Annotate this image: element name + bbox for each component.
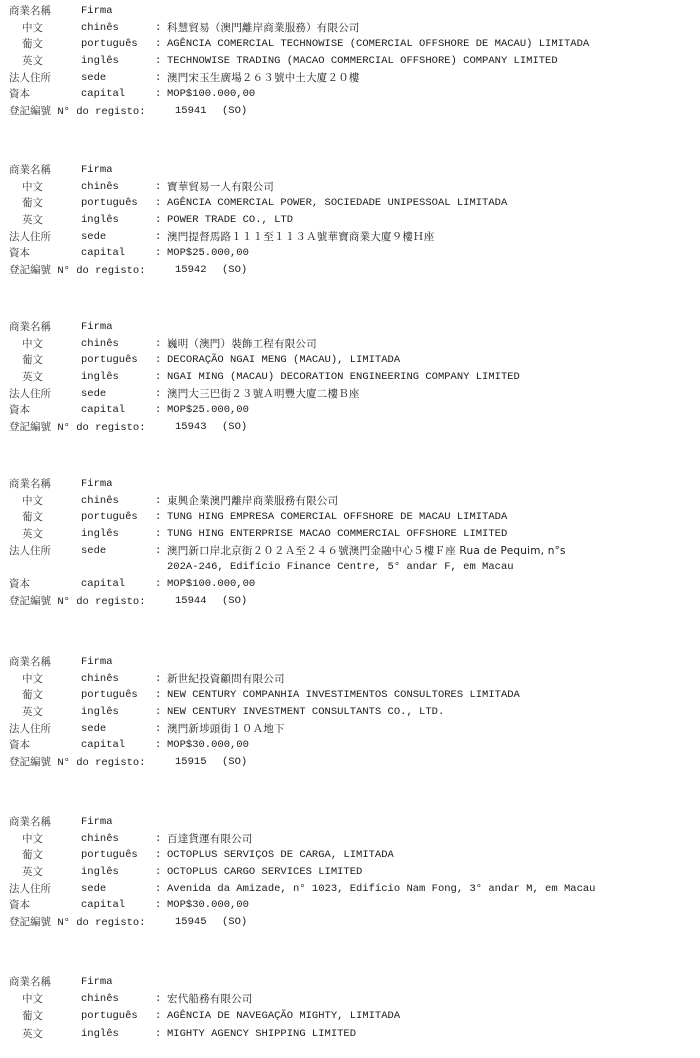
- chines-row: 中文 chinês : 新世紀投資顧問有限公司: [0, 671, 700, 688]
- firma-label-zh: 商業名稱: [9, 654, 51, 671]
- registo-number: 15944: [175, 593, 207, 610]
- sede-label-pt: sede: [81, 386, 106, 403]
- chines-row: 中文 chinês : 寶華貿易一人有限公司: [0, 179, 700, 196]
- portugues-label-pt: português: [81, 36, 138, 53]
- firma-row: 商業名稱 Firma: [0, 319, 700, 336]
- registo-suffix: (SO): [222, 914, 247, 931]
- company-record: 商業名稱 Firma 中文 chinês : 巍明（澳門）裝飾工程有限公司 葡文…: [0, 319, 700, 436]
- portuguese-name: AGÊNCIA COMERCIAL POWER, SOCIEDADE UNIPE…: [167, 195, 507, 212]
- capital-label-pt: capital: [81, 402, 125, 419]
- firma-label-pt: Firma: [81, 476, 113, 493]
- sede-label-zh: 法人住所: [9, 881, 51, 898]
- ingles-label-pt: inglês: [81, 212, 119, 229]
- sede-label-pt: sede: [81, 543, 106, 560]
- ingles-label-zh: 英文: [22, 704, 43, 721]
- registo-label: 登記編號 N° do registo:: [9, 754, 146, 772]
- sede-address: 澳門新口岸北京街２０２Ａ至２４６號澳門金融中心５樓Ｆ座 Rua de Pequi…: [167, 543, 566, 560]
- chines-row: 中文 chinês : 宏代船務有限公司: [0, 991, 700, 1008]
- ingles-row: 英文 inglês : TECHNOWISE TRADING (MACAO CO…: [0, 53, 700, 70]
- english-name: NGAI MING (MACAU) DECORATION ENGINEERING…: [167, 369, 520, 386]
- firma-row: 商業名稱 Firma: [0, 476, 700, 493]
- chines-label-zh: 中文: [22, 493, 43, 510]
- colon: :: [155, 687, 161, 704]
- chines-label-zh: 中文: [22, 991, 43, 1008]
- ingles-row: 英文 inglês : NGAI MING (MACAU) DECORATION…: [0, 369, 700, 386]
- portuguese-name: NEW CENTURY COMPANHIA INVESTIMENTOS CONS…: [167, 687, 520, 704]
- registo-number: 15941: [175, 103, 207, 120]
- colon: :: [155, 704, 161, 721]
- capital-label-zh: 資本: [9, 576, 30, 593]
- chinese-name: 巍明（澳門）裝飾工程有限公司: [167, 336, 317, 353]
- firma-label-zh: 商業名稱: [9, 476, 51, 493]
- registo-row: 登記編號 N° do registo: 15943 (SO): [0, 419, 700, 436]
- colon: :: [155, 509, 161, 526]
- sede-label-zh: 法人住所: [9, 386, 51, 403]
- ingles-row: 英文 inglês : MIGHTY AGENCY SHIPPING LIMIT…: [0, 1026, 700, 1043]
- colon: :: [155, 70, 161, 87]
- capital-row: 資本 capital : MOP$30.000,00: [0, 897, 700, 914]
- portugues-label-pt: português: [81, 195, 138, 212]
- portugues-label-zh: 葡文: [22, 509, 43, 526]
- ingles-label-zh: 英文: [22, 526, 43, 543]
- portuguese-name: AGÊNCIA COMERCIAL TECHNOWISE (COMERCIAL …: [167, 36, 589, 53]
- company-record: 商業名稱 Firma 中文 chinês : 東興企業澳門離岸商業服務有限公司 …: [0, 476, 700, 610]
- colon: :: [155, 386, 161, 403]
- sede-label-zh: 法人住所: [9, 543, 51, 560]
- colon: :: [155, 352, 161, 369]
- portugues-row: 葡文 português : NEW CENTURY COMPANHIA INV…: [0, 687, 700, 704]
- ingles-label-pt: inglês: [81, 864, 119, 881]
- registo-label-zh: 登記編號: [9, 105, 51, 117]
- colon: :: [155, 721, 161, 738]
- registo-suffix: (SO): [222, 262, 247, 279]
- firma-label-pt: Firma: [81, 814, 113, 831]
- sede-row: 法人住所 sede : 澳門新口岸北京街２０２Ａ至２４６號澳門金融中心５樓Ｆ座 …: [0, 543, 700, 560]
- ingles-row: 英文 inglês : POWER TRADE CO., LTD: [0, 212, 700, 229]
- company-record: 商業名稱 Firma 中文 chinês : 宏代船務有限公司 葡文 portu…: [0, 974, 700, 1043]
- portugues-label-pt: português: [81, 352, 138, 369]
- capital-label-pt: capital: [81, 737, 125, 754]
- registo-label-zh: 登記編號: [9, 595, 51, 607]
- sede-row: 法人住所 sede : 澳門提督馬路１１１至１１３Ａ號華寶商業大廈９樓Ｈ座: [0, 229, 700, 246]
- registo-number: 15945: [175, 914, 207, 931]
- firma-label-zh: 商業名稱: [9, 814, 51, 831]
- registo-label-pt: N° do registo:: [57, 917, 145, 929]
- portugues-row: 葡文 português : AGÊNCIA DE NAVEGAÇÃO MIGH…: [0, 1007, 700, 1026]
- portugues-row: 葡文 português : TUNG HING EMPRESA COMERCI…: [0, 509, 700, 526]
- colon: :: [155, 195, 161, 212]
- colon: :: [155, 369, 161, 386]
- company-record: 商業名稱 Firma 中文 chinês : 科慧貿易（澳門離岸商業服務）有限公…: [0, 3, 700, 120]
- chinese-name: 新世紀投資顧問有限公司: [167, 671, 285, 688]
- portugues-label-zh: 葡文: [22, 352, 43, 369]
- capital-label-pt: capital: [81, 86, 125, 103]
- sede-row: 法人住所 sede : 澳門大三巴街２３號Ａ明豐大廈二樓Ｂ座: [0, 386, 700, 403]
- company-record: 商業名稱 Firma 中文 chinês : 寶華貿易一人有限公司 葡文 por…: [0, 162, 700, 279]
- registo-row: 登記編號 N° do registo: 15942 (SO): [0, 262, 700, 279]
- capital-value: MOP$100.000,00: [167, 86, 255, 103]
- colon: :: [155, 881, 161, 898]
- english-name: OCTOPLUS CARGO SERVICES LIMITED: [167, 864, 362, 881]
- capital-label-zh: 資本: [9, 86, 30, 103]
- firma-label-pt: Firma: [81, 654, 113, 671]
- portuguese-name: AGÊNCIA DE NAVEGAÇÃO MIGHTY, LIMITADA: [167, 1007, 400, 1026]
- sede-row: 法人住所 sede : 澳門新埗頭街１０Ａ地下: [0, 721, 700, 738]
- ingles-label-pt: inglês: [81, 526, 119, 543]
- colon: :: [155, 831, 161, 848]
- registo-suffix: (SO): [222, 103, 247, 120]
- capital-value: MOP$30.000,00: [167, 897, 249, 914]
- colon: :: [155, 576, 161, 593]
- english-name: POWER TRADE CO., LTD: [167, 212, 293, 229]
- capital-label-pt: capital: [81, 576, 125, 593]
- chines-row: 中文 chinês : 百達貨運有限公司: [0, 831, 700, 848]
- chinese-name: 科慧貿易（澳門離岸商業服務）有限公司: [167, 20, 360, 37]
- sede-label-zh: 法人住所: [9, 70, 51, 87]
- sede-address: 澳門大三巴街２３號Ａ明豐大廈二樓Ｂ座: [167, 386, 360, 403]
- chines-label-zh: 中文: [22, 831, 43, 848]
- registo-number: 15942: [175, 262, 207, 279]
- sede-label-zh: 法人住所: [9, 721, 51, 738]
- chinese-name: 宏代船務有限公司: [167, 991, 253, 1008]
- colon: :: [155, 245, 161, 262]
- colon: :: [155, 179, 161, 196]
- colon: :: [155, 671, 161, 688]
- firma-label-pt: Firma: [81, 162, 113, 179]
- chines-row: 中文 chinês : 巍明（澳門）裝飾工程有限公司: [0, 336, 700, 353]
- sede-address: 澳門宋玉生廣場２６３號中土大廈２０樓: [167, 70, 360, 87]
- firma-label-zh: 商業名稱: [9, 3, 51, 20]
- portugues-label-zh: 葡文: [22, 1007, 43, 1026]
- portugues-label-zh: 葡文: [22, 847, 43, 864]
- registo-label-zh: 登記編號: [9, 264, 51, 276]
- ingles-row: 英文 inglês : NEW CENTURY INVESTMENT CONSU…: [0, 704, 700, 721]
- capital-value: MOP$30.000,00: [167, 737, 249, 754]
- capital-value: MOP$100.000,00: [167, 576, 255, 593]
- chines-label-zh: 中文: [22, 20, 43, 37]
- registo-label: 登記編號 N° do registo:: [9, 593, 146, 611]
- english-name: TUNG HING ENTERPRISE MACAO COMMERCIAL OF…: [167, 526, 507, 543]
- chines-label-pt: chinês: [81, 336, 119, 353]
- portugues-label-zh: 葡文: [22, 36, 43, 53]
- firma-label-zh: 商業名稱: [9, 162, 51, 179]
- registo-label: 登記編號 N° do registo:: [9, 419, 146, 437]
- chines-label-zh: 中文: [22, 336, 43, 353]
- registo-label: 登記編號 N° do registo:: [9, 103, 146, 121]
- colon: :: [155, 1007, 161, 1026]
- ingles-label-pt: inglês: [81, 369, 119, 386]
- chines-label-zh: 中文: [22, 671, 43, 688]
- colon: :: [155, 493, 161, 510]
- chines-row: 中文 chinês : 科慧貿易（澳門離岸商業服務）有限公司: [0, 20, 700, 37]
- registo-label-pt: N° do registo:: [57, 422, 145, 434]
- colon: :: [155, 336, 161, 353]
- firma-row: 商業名稱 Firma: [0, 3, 700, 20]
- colon: :: [155, 1026, 161, 1043]
- registo-label: 登記編號 N° do registo:: [9, 914, 146, 932]
- firma-row: 商業名稱 Firma: [0, 974, 700, 991]
- portugues-row: 葡文 português : OCTOPLUS SERVIÇOS DE CARG…: [0, 847, 700, 864]
- capital-label-zh: 資本: [9, 897, 30, 914]
- sede-label-zh: 法人住所: [9, 229, 51, 246]
- sede-address: Avenida da Amizade, n° 1023, Edifício Na…: [167, 881, 595, 898]
- chines-label-pt: chinês: [81, 179, 119, 196]
- sede-label-pt: sede: [81, 70, 106, 87]
- ingles-row: 英文 inglês : OCTOPLUS CARGO SERVICES LIMI…: [0, 864, 700, 881]
- colon: :: [155, 20, 161, 37]
- capital-row: 資本 capital : MOP$100.000,00: [0, 576, 700, 593]
- capital-row: 資本 capital : MOP$30.000,00: [0, 737, 700, 754]
- colon: :: [155, 991, 161, 1008]
- chines-row: 中文 chinês : 東興企業澳門離岸商業服務有限公司: [0, 493, 700, 510]
- company-record: 商業名稱 Firma 中文 chinês : 新世紀投資顧問有限公司 葡文 po…: [0, 654, 700, 771]
- registo-number: 15943: [175, 419, 207, 436]
- registo-suffix: (SO): [222, 754, 247, 771]
- ingles-label-pt: inglês: [81, 704, 119, 721]
- sede-row: 法人住所 sede : Avenida da Amizade, n° 1023,…: [0, 881, 700, 898]
- registo-row: 登記編號 N° do registo: 15941 (SO): [0, 103, 700, 120]
- portugues-label-pt: português: [81, 1007, 138, 1026]
- english-name: TECHNOWISE TRADING (MACAO COMMERCIAL OFF…: [167, 53, 558, 70]
- colon: :: [155, 526, 161, 543]
- portuguese-name: TUNG HING EMPRESA COMERCIAL OFFSHORE DE …: [167, 509, 507, 526]
- ingles-label-zh: 英文: [22, 369, 43, 386]
- chinese-name: 東興企業澳門離岸商業服務有限公司: [167, 493, 338, 510]
- english-name: MIGHTY AGENCY SHIPPING LIMITED: [167, 1026, 356, 1043]
- colon: :: [155, 229, 161, 246]
- firma-label-pt: Firma: [81, 3, 113, 20]
- chines-label-zh: 中文: [22, 179, 43, 196]
- capital-label-zh: 資本: [9, 402, 30, 419]
- colon: :: [155, 402, 161, 419]
- firma-label-pt: Firma: [81, 319, 113, 336]
- registo-label: 登記編號 N° do registo:: [9, 262, 146, 280]
- colon: :: [155, 847, 161, 864]
- colon: :: [155, 543, 161, 560]
- colon: :: [155, 897, 161, 914]
- registo-label-pt: N° do registo:: [57, 265, 145, 277]
- english-name: NEW CENTURY INVESTMENT CONSULTANTS CO., …: [167, 704, 444, 721]
- portugues-label-pt: português: [81, 687, 138, 704]
- sede-label-pt: sede: [81, 229, 106, 246]
- chinese-name: 百達貨運有限公司: [167, 831, 253, 848]
- portugues-row: 葡文 português : AGÊNCIA COMERCIAL TECHNOW…: [0, 36, 700, 53]
- colon: :: [155, 737, 161, 754]
- firma-row: 商業名稱 Firma: [0, 162, 700, 179]
- capital-row: 資本 capital : MOP$25.000,00: [0, 245, 700, 262]
- capital-row: 資本 capital : MOP$100.000,00: [0, 86, 700, 103]
- ingles-label-zh: 英文: [22, 1026, 43, 1043]
- portugues-row: 葡文 português : DECORAÇÃO NGAI MENG (MACA…: [0, 352, 700, 369]
- sede-label-pt: sede: [81, 881, 106, 898]
- sede-address: 澳門提督馬路１１１至１１３Ａ號華寶商業大廈９樓Ｈ座: [167, 229, 435, 246]
- portugues-label-pt: português: [81, 509, 138, 526]
- ingles-row: 英文 inglês : TUNG HING ENTERPRISE MACAO C…: [0, 526, 700, 543]
- chines-label-pt: chinês: [81, 831, 119, 848]
- portugues-label-zh: 葡文: [22, 195, 43, 212]
- capital-value: MOP$25.000,00: [167, 402, 249, 419]
- colon: :: [155, 86, 161, 103]
- firma-label-zh: 商業名稱: [9, 319, 51, 336]
- registo-row: 登記編號 N° do registo: 15915 (SO): [0, 754, 700, 771]
- colon: :: [155, 212, 161, 229]
- portugues-label-zh: 葡文: [22, 687, 43, 704]
- registo-suffix: (SO): [222, 419, 247, 436]
- sede-address-line2: 202A-246, Edifício Finance Centre, 5° an…: [167, 559, 514, 576]
- chines-label-pt: chinês: [81, 671, 119, 688]
- registo-label-zh: 登記編號: [9, 756, 51, 768]
- firma-row: 商業名稱 Firma: [0, 814, 700, 831]
- chines-label-pt: chinês: [81, 20, 119, 37]
- colon: :: [155, 53, 161, 70]
- colon: :: [155, 864, 161, 881]
- chinese-name: 寶華貿易一人有限公司: [167, 179, 274, 196]
- portugues-label-pt: português: [81, 847, 138, 864]
- capital-label-zh: 資本: [9, 245, 30, 262]
- company-record: 商業名稱 Firma 中文 chinês : 百達貨運有限公司 葡文 portu…: [0, 814, 700, 931]
- registo-row: 登記編號 N° do registo: 15944 (SO): [0, 593, 700, 610]
- sede-address: 澳門新埗頭街１０Ａ地下: [167, 721, 285, 738]
- chines-label-pt: chinês: [81, 493, 119, 510]
- chines-label-pt: chinês: [81, 991, 119, 1008]
- portuguese-name: DECORAÇÃO NGAI MENG (MACAU), LIMITADA: [167, 352, 400, 369]
- ingles-label-zh: 英文: [22, 53, 43, 70]
- registo-label-pt: N° do registo:: [57, 106, 145, 118]
- capital-label-pt: capital: [81, 245, 125, 262]
- ingles-label-zh: 英文: [22, 212, 43, 229]
- registo-label-zh: 登記編號: [9, 421, 51, 433]
- firma-label-zh: 商業名稱: [9, 974, 51, 991]
- sede-label-pt: sede: [81, 721, 106, 738]
- registo-suffix: (SO): [222, 593, 247, 610]
- registo-label-pt: N° do registo:: [57, 757, 145, 769]
- capital-value: MOP$25.000,00: [167, 245, 249, 262]
- sede-row: 法人住所 sede : 澳門宋玉生廣場２６３號中土大廈２０樓: [0, 70, 700, 87]
- capital-label-pt: capital: [81, 897, 125, 914]
- ingles-label-pt: inglês: [81, 1026, 119, 1043]
- registo-label-pt: N° do registo:: [57, 596, 145, 608]
- ingles-label-zh: 英文: [22, 864, 43, 881]
- capital-row: 資本 capital : MOP$25.000,00: [0, 402, 700, 419]
- portugues-row: 葡文 português : AGÊNCIA COMERCIAL POWER, …: [0, 195, 700, 212]
- colon: :: [155, 36, 161, 53]
- portuguese-name: OCTOPLUS SERVIÇOS DE CARGA, LIMITADA: [167, 847, 394, 864]
- capital-label-zh: 資本: [9, 737, 30, 754]
- registo-label-zh: 登記編號: [9, 916, 51, 928]
- registo-number: 15915: [175, 754, 207, 771]
- ingles-label-pt: inglês: [81, 53, 119, 70]
- firma-label-pt: Firma: [81, 974, 113, 991]
- firma-row: 商業名稱 Firma: [0, 654, 700, 671]
- registo-row: 登記編號 N° do registo: 15945 (SO): [0, 914, 700, 931]
- sede-row-continued: 202A-246, Edifício Finance Centre, 5° an…: [0, 559, 700, 576]
